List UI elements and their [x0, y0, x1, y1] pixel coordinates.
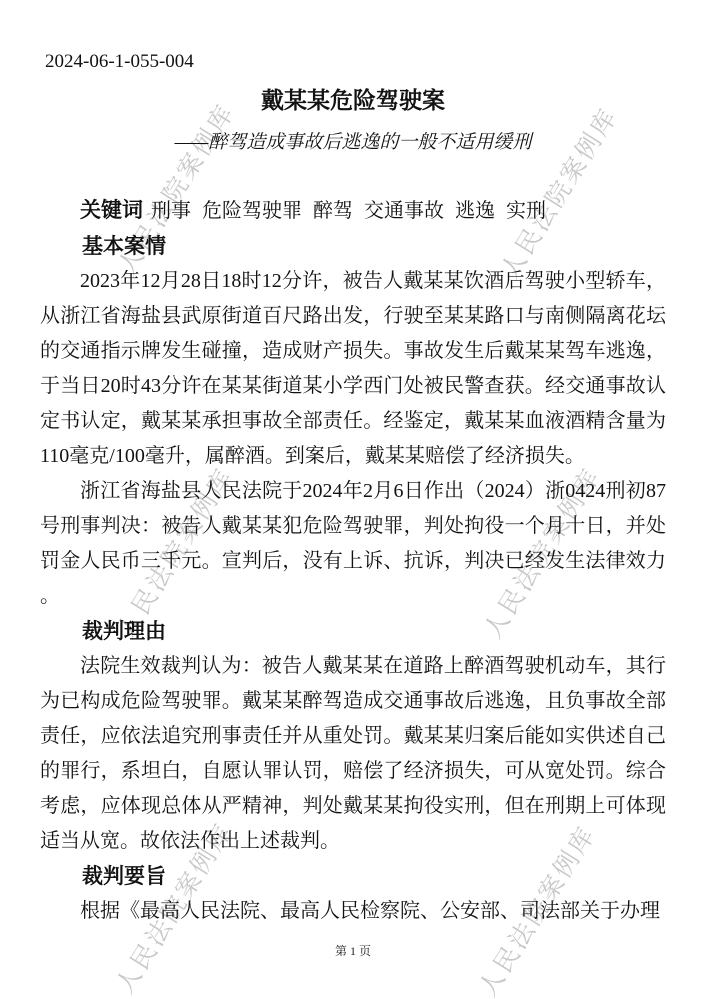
judgment-reasoning-paragraph: 法院生效裁判认为：被告人戴某某在道路上醉酒驾驶机动车，其行为已构成危险驾驶罪。戴… — [40, 649, 666, 859]
heading-basic-facts: 基本案情 — [40, 229, 666, 264]
document-content: 关键词刑事 危险驾驶罪 醉驾 交通事故 逃逸 实刑 基本案情 2023年12月2… — [40, 193, 666, 929]
basic-facts-paragraph-2: 浙江省海盐县人民法院于2024年2月6日作出（2024）浙0424刑初87号刑事… — [40, 474, 666, 614]
heading-judgment-reasoning: 裁判理由 — [40, 614, 666, 649]
basic-facts-paragraph-1: 2023年12月28日18时12分许，被告人戴某某饮酒后驾驶小型轿车，从浙江省海… — [40, 264, 666, 474]
heading-judgment-gist: 裁判要旨 — [40, 859, 666, 894]
document-page: 人民法院案例库 人民法院案例库 人民法院案例库 人民法院案例库 人民法院案例库 … — [0, 0, 706, 999]
judgment-gist-paragraph: 根据《最高人民法院、最高人民检察院、公安部、司法部关于办理 — [40, 894, 666, 929]
keywords-terms: 刑事 危险驾驶罪 醉驾 交通事故 逃逸 实刑 — [151, 200, 546, 222]
case-title: 戴某某危险驾驶案 — [0, 87, 706, 115]
page-number: 第 1 页 — [0, 942, 706, 959]
keywords-line: 关键词刑事 危险驾驶罪 醉驾 交通事故 逃逸 实刑 — [40, 193, 666, 229]
case-reference-number: 2024-06-1-055-004 — [45, 0, 706, 74]
document-body: 2024-06-1-055-004 戴某某危险驾驶案 ——醉驾造成事故后逃逸的一… — [0, 0, 706, 929]
keywords-label: 关键词 — [80, 199, 143, 222]
case-subtitle: ——醉驾造成事故后逃逸的一般不适用缓刑 — [0, 130, 706, 156]
